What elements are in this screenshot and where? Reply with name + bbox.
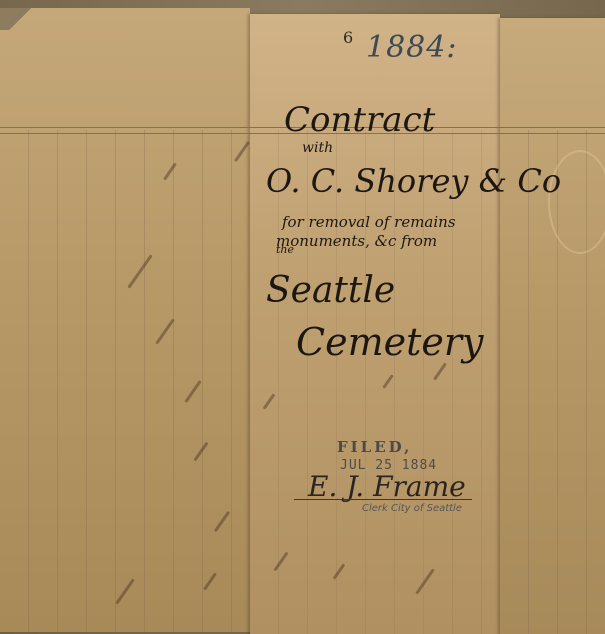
signature-line [294, 499, 472, 500]
center-ruling [250, 130, 500, 634]
place-line-1: Seattle [266, 270, 395, 311]
place-line-2: Cemetery [296, 320, 483, 364]
pencil-year-notation: 1884: [366, 30, 457, 65]
clerk-office: Clerk City of Seattle [362, 503, 462, 514]
connector-text: with [302, 140, 333, 156]
left-ruling [0, 130, 250, 634]
contracting-party: O. C. Shorey & Co [266, 162, 561, 200]
docket-number: 6 [343, 28, 353, 47]
folded-corner [0, 8, 40, 30]
purpose-line-2: monuments, &c from [276, 232, 437, 250]
document-title: Contract [284, 100, 435, 140]
purpose-line-1: for removal of remains [282, 213, 456, 231]
purpose-line-3: the [276, 243, 294, 256]
filed-label: FILED, [337, 438, 412, 456]
